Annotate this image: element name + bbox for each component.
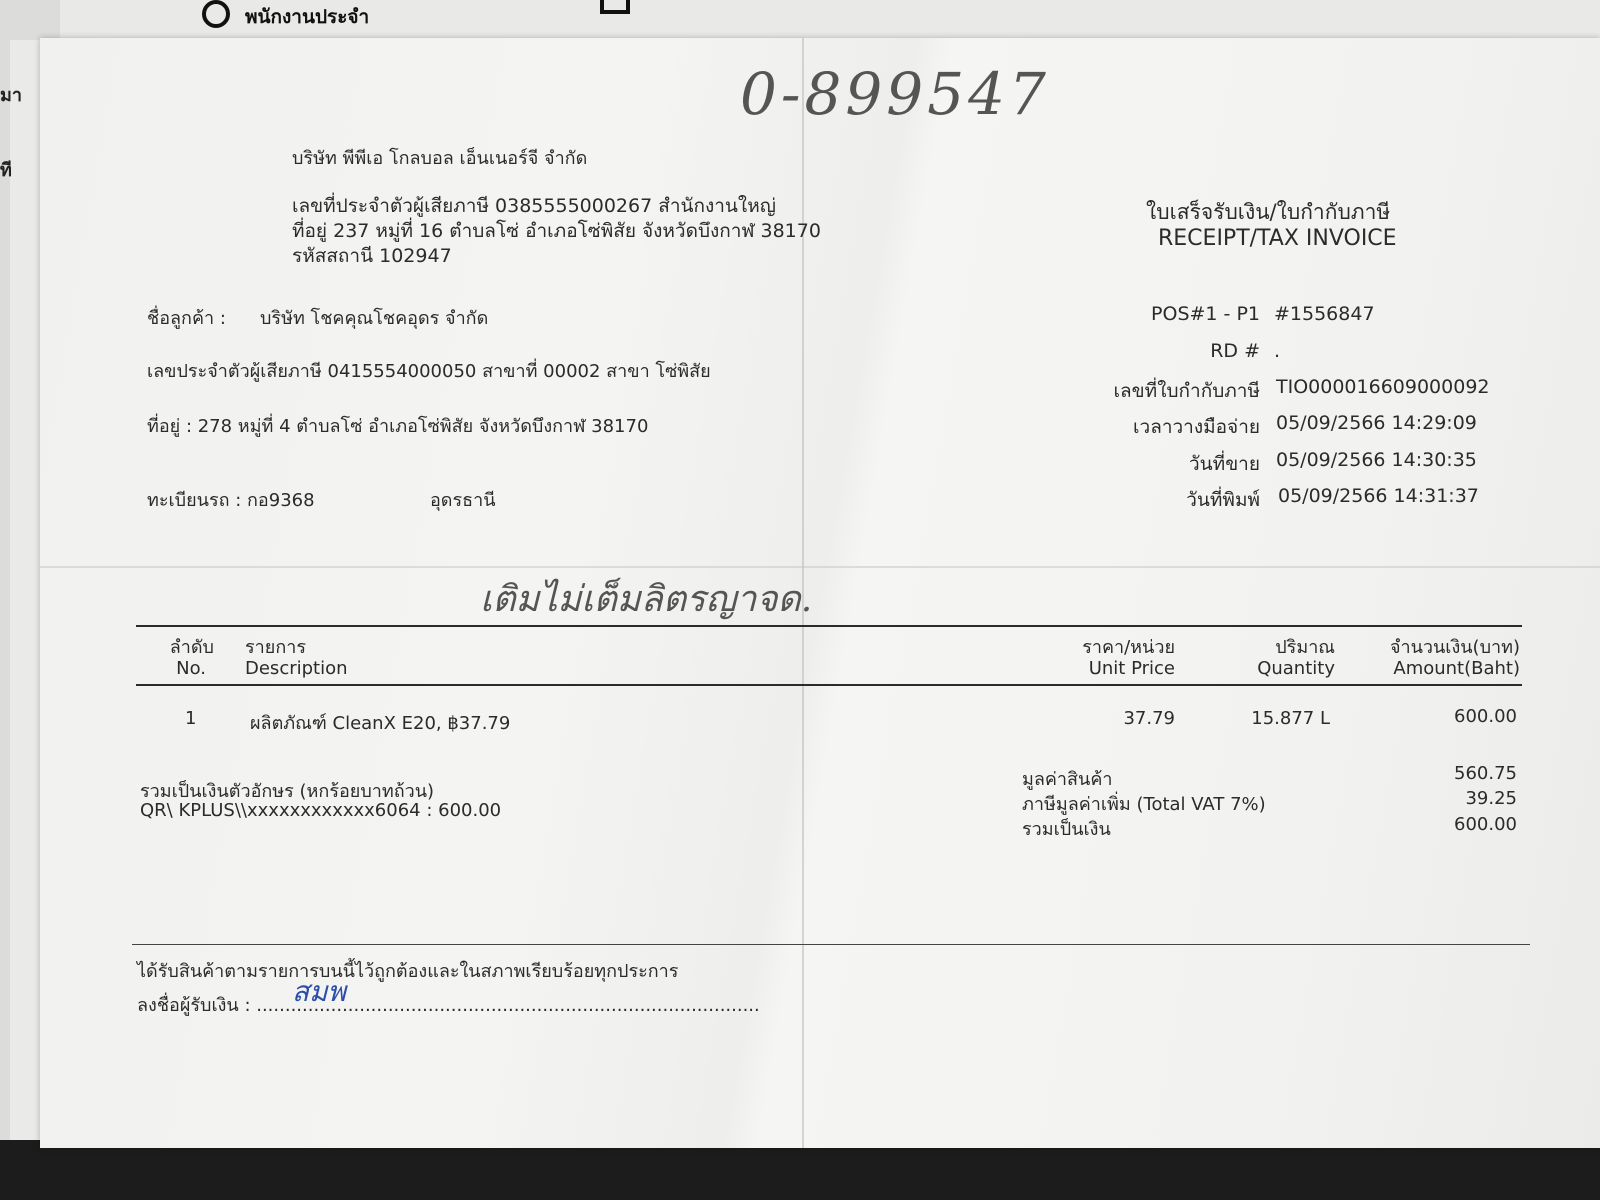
seller-station-code: รหัสสถานี 102947 <box>292 241 452 271</box>
row-amount: 600.00 <box>1320 706 1517 727</box>
customer-address: ที่อยู่ : 278 หมู่ที่ 4 ตำบลโซ่ อำเภอโซ่… <box>147 411 648 440</box>
header-amount-en: Amount(Baht) <box>1320 658 1520 679</box>
customer-tax-id: เลขประจำตัวผู้เสียภาษี 0415554000050 สาข… <box>147 356 711 385</box>
fold-line <box>40 566 1600 568</box>
footer-rule <box>132 944 1530 945</box>
radio-circle-icon <box>202 0 230 28</box>
payment-method: QR\ KPLUS\\xxxxxxxxxxxx6064 : 600.00 <box>140 800 501 821</box>
meta-value: . <box>1274 340 1280 362</box>
header-description-th: รายการ <box>245 632 306 661</box>
header-quantity-en: Quantity <box>1185 658 1335 679</box>
header-quantity-th: ปริมาณ <box>1185 632 1335 661</box>
table-surface <box>0 1140 1600 1200</box>
meta-label: RD # <box>1060 340 1260 362</box>
header-no-th: ลำดับ <box>140 632 214 661</box>
handwritten-signature: สมพ <box>292 970 346 1014</box>
meta-value: 05/09/2566 14:29:09 <box>1276 412 1477 434</box>
meta-value: 05/09/2566 14:30:35 <box>1276 449 1477 471</box>
summary-value-total: 600.00 <box>1370 814 1517 835</box>
meta-label: วันที่พิมพ์ <box>1040 485 1260 515</box>
table-header-rule <box>136 684 1522 686</box>
summary-label-total: รวมเป็นเงิน <box>1022 814 1111 843</box>
table-top-rule <box>136 625 1522 627</box>
meta-value: TIO000016609000092 <box>1276 376 1490 398</box>
row-no: 1 <box>185 708 196 729</box>
header-unit-price-en: Unit Price <box>1025 658 1175 679</box>
checkbox-icon <box>600 0 630 14</box>
handwritten-note: เติมไม่เต็มลิตรญาจด. <box>480 570 812 627</box>
meta-value: #1556847 <box>1274 303 1375 325</box>
header-unit-price-th: ราคา/หน่วย <box>1025 632 1175 661</box>
row-quantity: 15.877 L <box>1180 708 1330 729</box>
receipt-document: 0-899547 เติมไม่เต็มลิตรญาจด. บริษัท พีพ… <box>40 38 1600 1148</box>
meta-value: 05/09/2566 14:31:37 <box>1278 485 1479 507</box>
meta-label: เวลาวางมือจ่าย <box>1040 412 1260 442</box>
summary-value-subtotal: 560.75 <box>1370 763 1517 784</box>
row-description: ผลิตภัณฑ์ CleanX E20, ฿37.79 <box>250 708 510 737</box>
header-amount-th: จำนวนเงิน(บาท) <box>1320 632 1520 661</box>
customer-name: บริษัท โชคคุณโชคอุดร จำกัด <box>260 303 488 332</box>
vehicle-plate: ทะเบียนรถ : กอ9368 <box>147 485 315 514</box>
vehicle-province: อุดรธานี <box>430 485 496 514</box>
signature-line: ลงชื่อผู้รับเงิน : .....................… <box>137 990 760 1019</box>
acknowledgement-text: ได้รับสินค้าตามรายการบนนี้ไว้ถูกต้องและใ… <box>137 956 678 985</box>
background-form-label: พนักงานประจำ <box>245 2 369 32</box>
document-title-thai: ใบเสร็จรับเงิน/ใบกำกับภาษี <box>1146 196 1390 229</box>
document-title-english: RECEIPT/TAX INVOICE <box>1158 226 1397 251</box>
handwritten-reference: 0-899547 <box>740 60 1050 128</box>
customer-name-label: ชื่อลูกค้า : <box>147 303 226 332</box>
header-description-en: Description <box>245 658 348 679</box>
summary-value-vat: 39.25 <box>1370 788 1517 809</box>
seller-company-name: บริษัท พีพีเอ โกลบอล เอ็นเนอร์จี จำกัด <box>292 143 587 172</box>
meta-label: เลขที่ใบกำกับภาษี <box>1040 376 1260 406</box>
meta-label: POS#1 - P1 <box>1060 303 1260 325</box>
row-unit-price: 37.79 <box>1025 708 1175 729</box>
header-no-en: No. <box>140 658 206 679</box>
meta-label: วันที่ขาย <box>1040 449 1260 479</box>
